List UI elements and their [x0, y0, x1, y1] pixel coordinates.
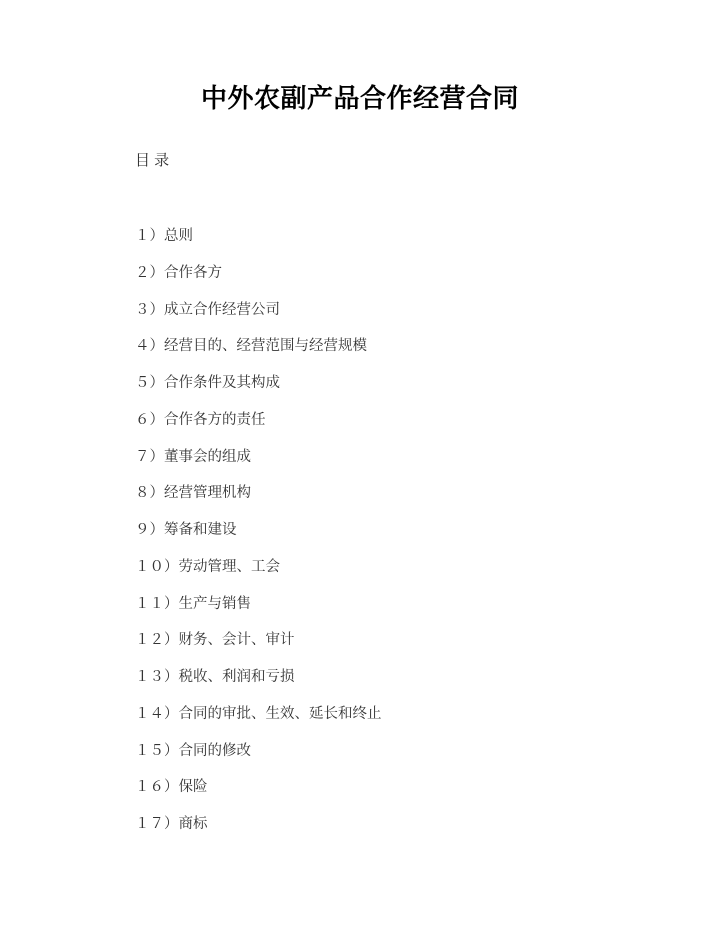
toc-item-14: １４）合同的审批、生效、延长和终止 [135, 706, 635, 743]
toc-item-10: １０）劳动管理、工会 [135, 559, 635, 596]
toc-item-12: １２）财务、会计、审计 [135, 632, 635, 669]
toc-heading: 目 录 [135, 152, 169, 170]
toc-item-11: １１）生产与销售 [135, 596, 635, 633]
toc-item-9: ９）筹备和建设 [135, 522, 635, 559]
document-title: 中外农副产品合作经营合同 [0, 83, 720, 113]
toc-item-1: １）总则 [135, 228, 635, 265]
toc-item-17: １７）商标 [135, 816, 635, 853]
toc-list: １）总则 ２）合作各方 ３）成立合作经营公司 ４）经营目的、经营范围与经营规模 … [135, 228, 635, 853]
toc-item-3: ３）成立合作经营公司 [135, 302, 635, 339]
toc-item-6: ６）合作各方的责任 [135, 412, 635, 449]
toc-item-13: １３）税收、利润和亏损 [135, 669, 635, 706]
toc-item-8: ８）经营管理机构 [135, 485, 635, 522]
toc-item-5: ５）合作条件及其构成 [135, 375, 635, 412]
toc-item-7: ７）董事会的组成 [135, 449, 635, 486]
toc-item-4: ４）经营目的、经营范围与经营规模 [135, 338, 635, 375]
toc-item-15: １５）合同的修改 [135, 743, 635, 780]
document-page: 中外农副产品合作经营合同 目 录 １）总则 ２）合作各方 ３）成立合作经营公司 … [0, 0, 720, 931]
toc-item-16: １６）保险 [135, 779, 635, 816]
toc-item-2: ２）合作各方 [135, 265, 635, 302]
